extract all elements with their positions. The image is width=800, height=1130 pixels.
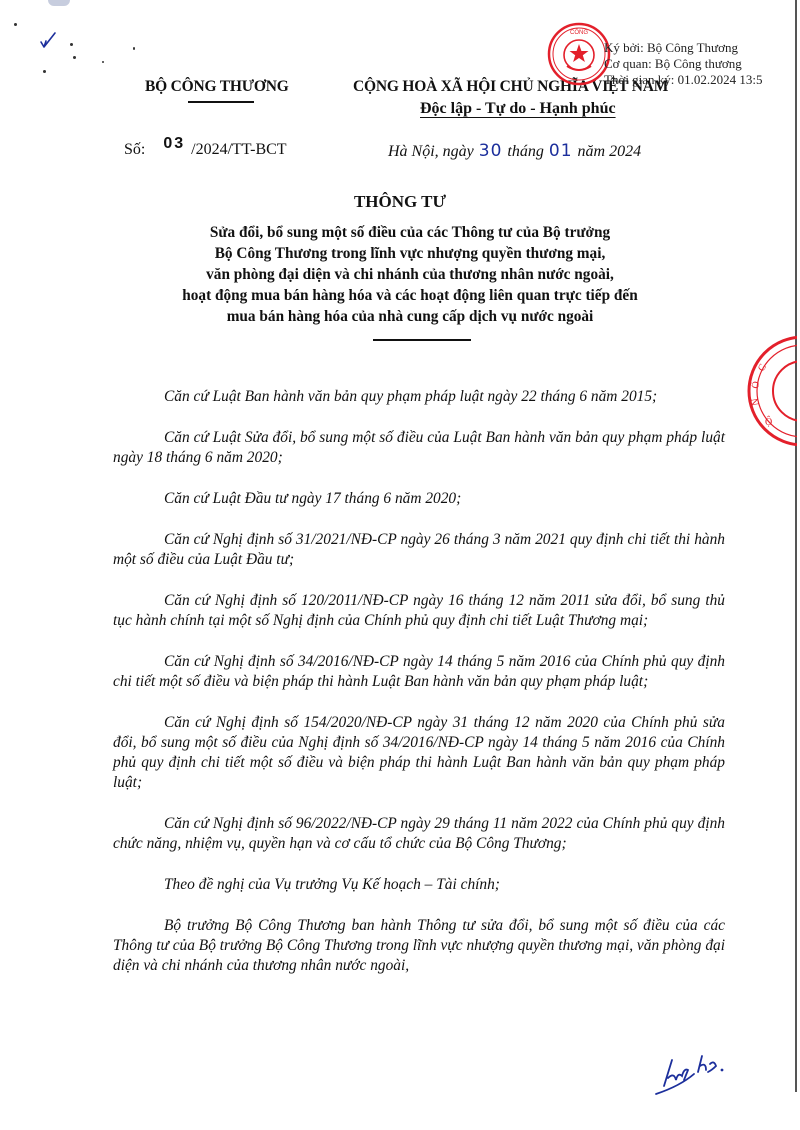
subject-line: Bộ Công Thương trong lĩnh vực nhượng quy… (150, 243, 670, 264)
legal-basis-paragraph: Căn cứ Luật Sửa đổi, bổ sung một số điều… (113, 428, 725, 468)
scan-dot (14, 23, 17, 26)
scan-dot (133, 47, 135, 50)
legal-basis-paragraph: Căn cứ Nghị định số 96/2022/NĐ-CP ngày 2… (113, 814, 725, 854)
place-prefix: Hà Nội, ngày (388, 143, 474, 160)
scan-dot (102, 61, 104, 63)
subject-line: hoạt động mua bán hàng hóa và các hoạt đ… (150, 285, 670, 306)
document-number: Số:03/2024/TT-BCT (124, 141, 287, 159)
year-text: năm 2024 (578, 143, 642, 160)
legal-basis-paragraph: Căn cứ Nghị định số 31/2021/NĐ-CP ngày 2… (113, 530, 725, 570)
signing-agency: Cơ quan: Bộ Công thương (604, 56, 763, 72)
scan-dot (70, 43, 73, 46)
scan-dot (43, 70, 46, 73)
digital-signature-info: Ký bởi: Bộ Công Thương Cơ quan: Bộ Công … (604, 40, 763, 88)
official-seal-stamp-icon: CÔNG (547, 22, 611, 86)
scan-smudge (48, 0, 70, 6)
legal-basis-paragraph: Căn cứ Luật Ban hành văn bản quy phạm ph… (113, 387, 725, 407)
signed-by: Ký bởi: Bộ Công Thương (604, 40, 763, 56)
subject-line: văn phòng đại diện và chi nhánh của thươ… (150, 264, 670, 285)
issuing-agency: BỘ CÔNG THƯƠNG (145, 78, 289, 96)
pen-check-mark-icon (36, 30, 60, 56)
month-handwritten: 01 (544, 141, 578, 161)
document-type-title: THÔNG TƯ (0, 192, 800, 212)
scan-dot (73, 56, 76, 59)
proposal-paragraph: Theo đề nghị của Vụ trưởng Vụ Kế hoạch –… (113, 875, 725, 895)
doc-number-handwritten: 03 (163, 135, 185, 152)
legal-basis-paragraph: Căn cứ Nghị định số 154/2020/NĐ-CP ngày … (113, 713, 725, 793)
document-subject: Sửa đổi, bổ sung một số điều của các Thô… (150, 222, 670, 327)
enactment-paragraph: Bộ trưởng Bộ Công Thương ban hành Thông … (113, 916, 725, 976)
signing-time: Thời gian ký: 01.02.2024 13:5 (604, 72, 763, 88)
agency-underline (188, 101, 254, 103)
legal-basis-paragraph: Căn cứ Luật Đầu tư ngày 17 tháng 6 năm 2… (113, 489, 725, 509)
partial-seal-stamp-icon: C Ô N Ộ (741, 332, 797, 450)
day-handwritten: 30 (474, 141, 508, 161)
doc-number-suffix: /2024/TT-BCT (191, 141, 286, 158)
legal-basis-paragraph: Căn cứ Nghị định số 120/2011/NĐ-CP ngày … (113, 591, 725, 631)
national-motto: Độc lập - Tự do - Hạnh phúc (420, 100, 616, 118)
svg-text:Ộ: Ộ (765, 416, 772, 428)
svg-text:Ô: Ô (749, 380, 762, 389)
subject-line: Sửa đổi, bổ sung một số điều của các Thô… (150, 222, 670, 243)
svg-text:N: N (750, 397, 762, 406)
subject-line: mua bán hàng hóa của nhà cung cấp dịch v… (150, 306, 670, 327)
doc-number-label: Số: (124, 141, 145, 158)
svg-text:CÔNG: CÔNG (570, 29, 588, 36)
place-and-date: Hà Nội, ngày30tháng01năm 2024 (388, 141, 641, 161)
legal-basis-paragraph: Căn cứ Nghị định số 34/2016/NĐ-CP ngày 1… (113, 652, 725, 692)
month-label: tháng (507, 143, 543, 160)
subject-underline (373, 339, 471, 341)
svg-text:C: C (756, 362, 769, 374)
document-body: Căn cứ Luật Ban hành văn bản quy phạm ph… (113, 387, 725, 997)
page-edge-line (795, 0, 797, 1092)
handwritten-initials-icon (650, 1050, 760, 1100)
